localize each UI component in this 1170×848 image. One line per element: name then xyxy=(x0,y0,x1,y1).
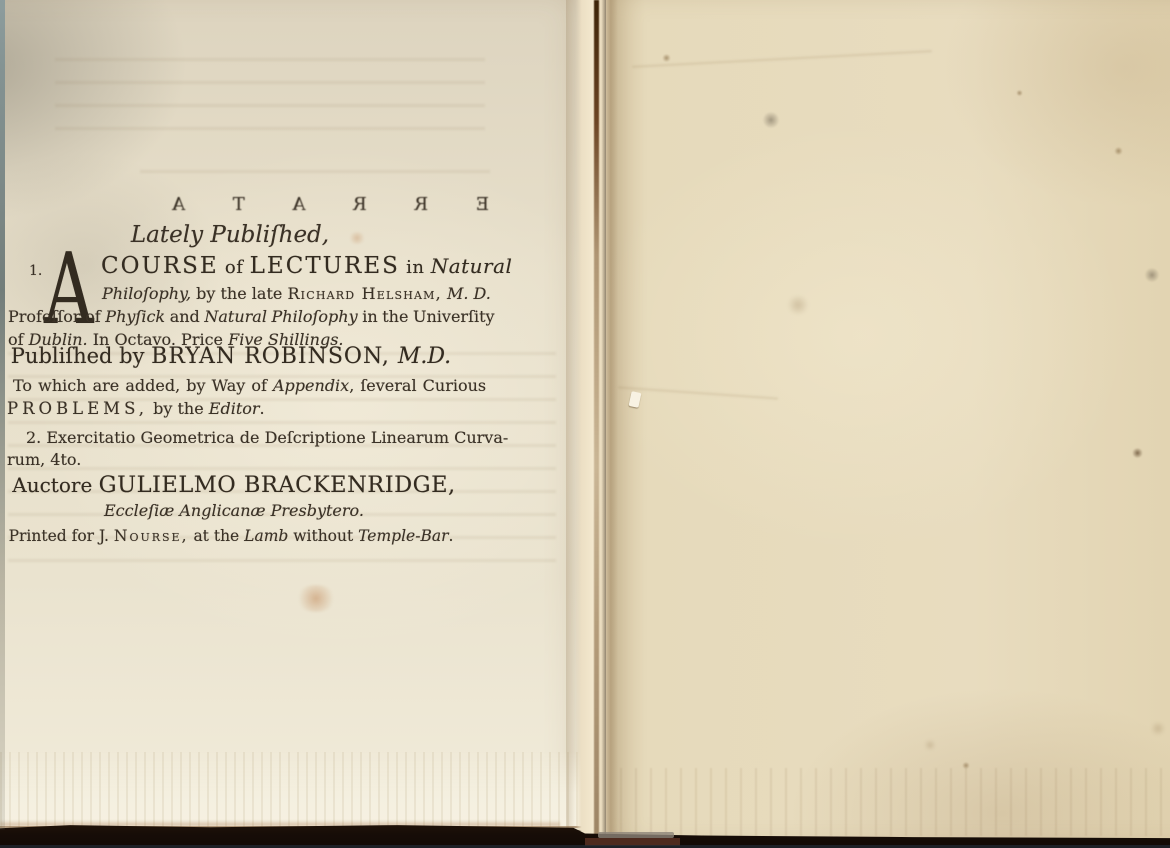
text-segment: Appendix xyxy=(273,376,349,395)
gutter-crease xyxy=(594,0,599,848)
text-segment: PROBLEMS, xyxy=(7,399,148,418)
text-segment: Natural Philoſophy xyxy=(204,307,357,326)
page-foredge-strip xyxy=(0,752,592,828)
foxing-spot xyxy=(1132,448,1143,458)
text-segment: M.D. xyxy=(398,344,451,369)
author-line: Auctore GULIELMO BRACKENRIDGE, xyxy=(0,472,468,499)
text-segment: Philoſophy, xyxy=(102,284,191,303)
foxing-spot xyxy=(662,54,671,62)
foxing-spot xyxy=(786,296,810,314)
book-spread-photo: E R R A T A Lately Publiſhed, 1. A COURS… xyxy=(0,0,1170,848)
foxing-spot xyxy=(1144,268,1160,282)
foxing-spot xyxy=(1114,147,1123,155)
title-word-lectures: LECTURES xyxy=(250,253,400,279)
text-segment: Lamb xyxy=(244,527,288,545)
scan-left-edge xyxy=(0,0,5,830)
item1-title-line2: Philoſophy, by the late Richard Helsham,… xyxy=(102,285,491,304)
text-segment: Auctore xyxy=(12,473,98,497)
item2-line2: rum, 4to. xyxy=(7,451,81,470)
affiliation-line: Eccleſiæ Anglicanæ Presbytero. xyxy=(0,502,468,521)
author-name-helsham: Richard Helsham, xyxy=(287,284,441,303)
title-word-natural: Natural xyxy=(431,254,513,278)
rust-stain xyxy=(348,232,366,244)
text-segment: of xyxy=(219,257,250,278)
text-segment: Publiſhed by xyxy=(11,344,151,368)
text-segment: Profeſſor of xyxy=(8,307,105,326)
text-segment: and xyxy=(165,307,204,326)
appendix-line1: To which are added, by Way of Appendix, … xyxy=(13,377,486,396)
author-name-brackenridge: GULIELMO BRACKENRIDGE, xyxy=(99,472,456,498)
title-word-course: COURSE xyxy=(101,253,219,279)
appendix-line2: PROBLEMS, by the Editor. xyxy=(7,399,265,419)
imprint-line: Printed for J. Nourse, at the Lamb witho… xyxy=(0,527,462,545)
text-segment: Printed for J. xyxy=(9,527,114,545)
text-segment: M. D. xyxy=(442,284,491,303)
item1-title-line1: COURSE of LECTURES in Natural xyxy=(101,253,512,280)
text-segment: , ſeveral Curious xyxy=(349,376,486,395)
text-segment: Temple-Bar xyxy=(358,527,448,545)
rust-stain xyxy=(295,585,337,612)
right-page xyxy=(606,0,1170,839)
foxing-spot xyxy=(924,740,936,750)
bleedthrough-text-shadow xyxy=(140,170,490,188)
left-page: E R R A T A Lately Publiſhed, 1. A COURS… xyxy=(0,0,592,830)
text-segment: . xyxy=(260,399,265,418)
bookseller-name-nourse: Nourse, xyxy=(114,527,189,545)
text-segment: by the xyxy=(148,399,209,418)
text-segment: . xyxy=(449,527,454,545)
foxing-spot xyxy=(762,112,780,128)
text-segment: at the xyxy=(189,527,245,545)
publisher-line: Publiſhed by BRYAN ROBINSON, M.D. xyxy=(0,344,462,370)
lately-published-header: Lately Publiſhed, xyxy=(80,222,380,249)
bleedthrough-text-shadow xyxy=(55,58,485,144)
item1-title-line3: Profeſſor of Phyſick and Natural Philoſo… xyxy=(8,308,495,327)
text-segment: Phyſick xyxy=(105,307,165,326)
text-segment: To which are added, by Way of xyxy=(13,376,273,395)
errata-bleedthrough-mirrored-title: E R R A T A xyxy=(130,194,510,215)
gutter-torn-strip xyxy=(566,0,618,848)
text-segment: in xyxy=(400,257,431,278)
item2-line1: 2. Exercitatio Geometrica de Deſcription… xyxy=(26,429,508,448)
item1-number: 1. xyxy=(29,263,42,280)
foxing-spot xyxy=(962,762,970,769)
foxing-spot xyxy=(1150,722,1166,735)
text-segment: by the late xyxy=(191,284,287,303)
publisher-name: BRYAN ROBINSON, xyxy=(151,344,398,369)
text-segment: without xyxy=(288,527,358,545)
paper-wrinkles xyxy=(620,768,1170,836)
text-segment: Editor xyxy=(209,399,260,418)
cover-edge-fringe xyxy=(0,820,560,826)
foxing-spot xyxy=(1016,90,1023,96)
text-segment: in the Univerſity xyxy=(358,307,495,326)
